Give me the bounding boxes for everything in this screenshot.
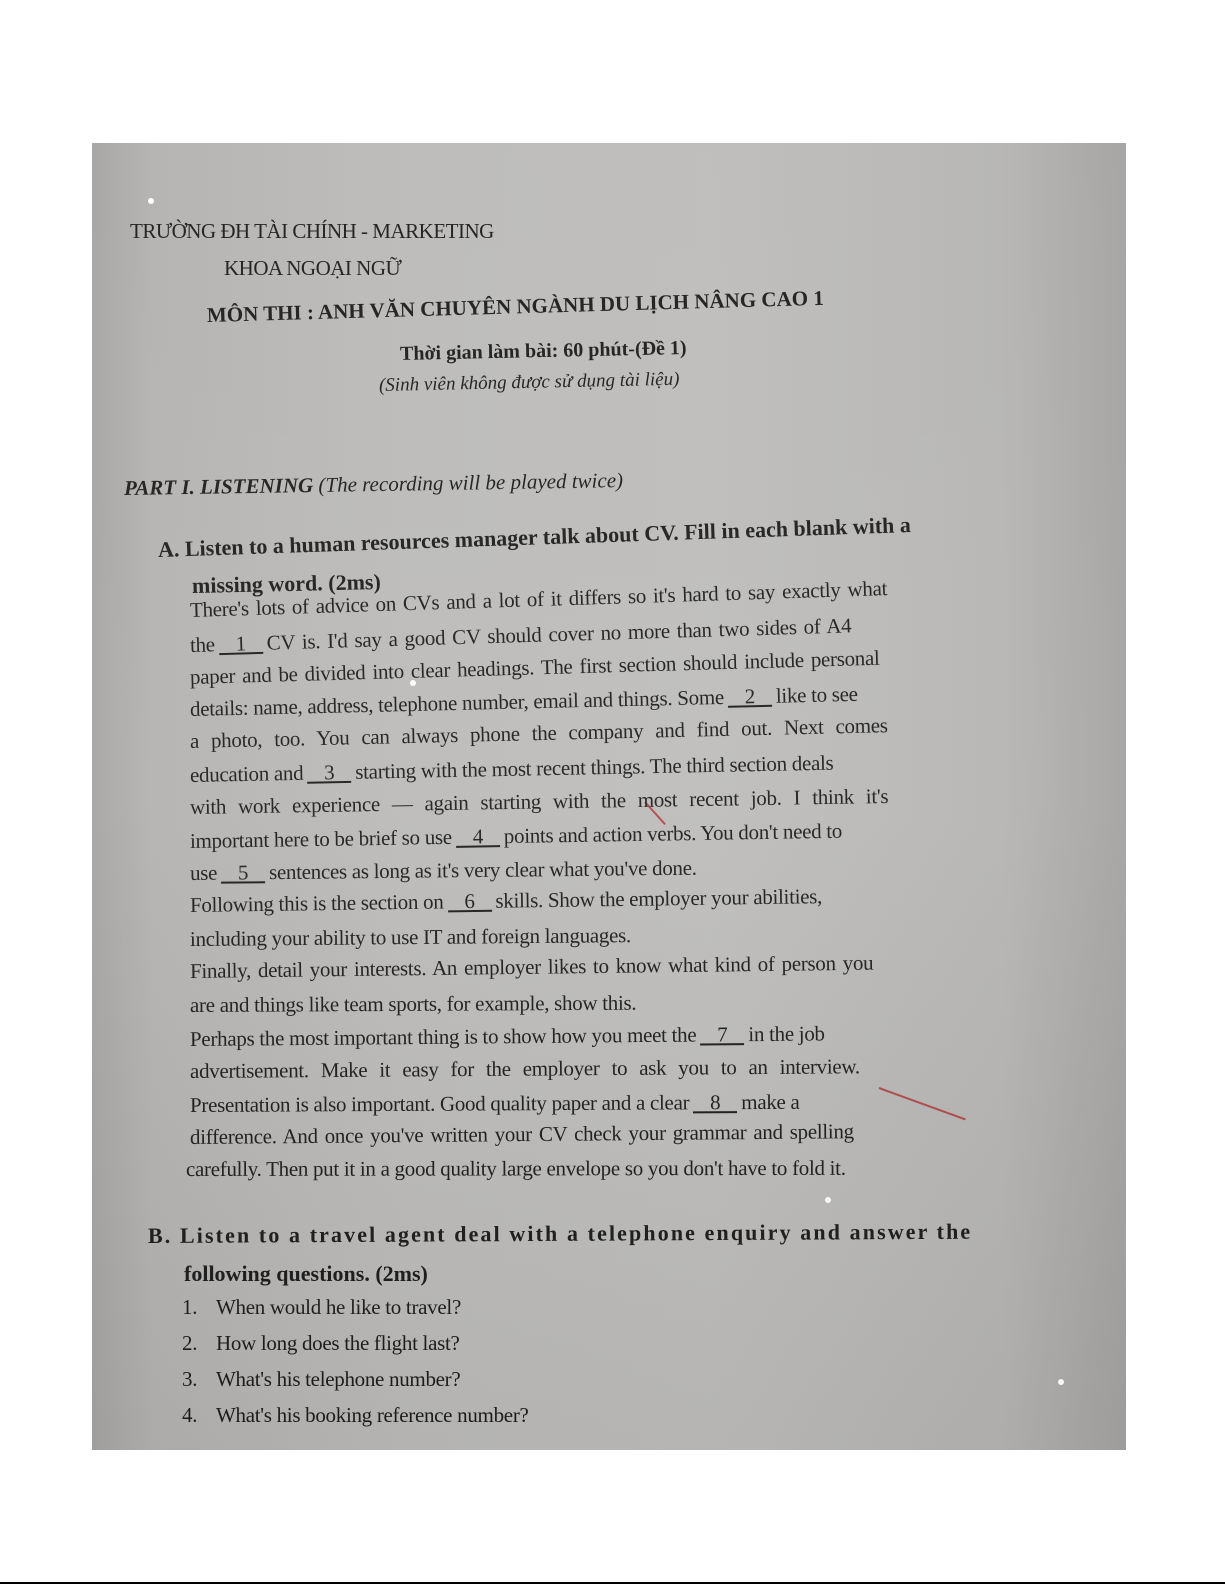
answer-blank-6[interactable]: 6 [447, 892, 491, 913]
passage-text: difference. And once you've written your… [190, 1119, 854, 1149]
section-b-instruction: B. Listen to a travel agent deal with a … [148, 1219, 972, 1249]
question-text: When would he like to travel? [216, 1295, 461, 1319]
section-a-text-1: Listen to a human resources manager talk… [184, 512, 911, 561]
exam-duration: Thời gian làm bài: 60 phút-(Đề 1) [400, 337, 687, 366]
passage-line: important here to be brief so use4points… [190, 819, 842, 854]
question-text: What's his telephone number? [216, 1367, 460, 1391]
passage-text: advertisement. Make it easy for the empl… [190, 1054, 860, 1083]
section-b-label: B. [148, 1223, 173, 1248]
passage-text: with work experience — again starting wi… [190, 784, 889, 819]
question-item: 4.What's his booking reference number? [182, 1403, 529, 1428]
passage-line: use5sentences as long as it's very clear… [190, 856, 697, 886]
question-item: 1.When would he like to travel? [182, 1295, 461, 1320]
passage-text: make a [741, 1090, 799, 1114]
passage-text: Following this is the section on [190, 889, 444, 917]
passage-line: Following this is the section on6skills.… [190, 884, 822, 918]
passage-line: Finally, detail your interests. An emplo… [190, 951, 874, 984]
passage-text: are and things like team sports, for exa… [190, 991, 636, 1017]
question-number: 2. [182, 1331, 216, 1356]
glare-dot [148, 198, 154, 204]
question-number: 3. [182, 1367, 216, 1392]
part-label: PART I. LISTENING [124, 473, 314, 500]
passage-text: points and action verbs. You don't need … [504, 819, 843, 848]
answer-blank-7[interactable]: 7 [700, 1025, 744, 1045]
question-text: How long does the flight last? [216, 1331, 460, 1355]
section-b-text-2: following questions. (2ms) [184, 1261, 428, 1287]
question-number: 1. [182, 1295, 216, 1320]
glare-dot [1058, 1379, 1064, 1385]
passage-text: sentences as long as it's very clear wha… [269, 856, 697, 884]
pen-mark-blank-8 [879, 1087, 966, 1120]
question-item: 3.What's his telephone number? [182, 1367, 460, 1392]
section-a-label: A. [158, 536, 180, 562]
answer-blank-5[interactable]: 5 [221, 863, 265, 883]
exam-paper-photo: TRƯỜNG ĐH TÀI CHÍNH - MARKETING KHOA NGO… [92, 143, 1126, 1450]
exam-note: (Sinh viên không được sử dụng tài liệu) [379, 369, 680, 397]
exam-subject: MÔN THI : ANH VĂN CHUYÊN NGÀNH DU LỊCH N… [207, 286, 824, 328]
question-text: What's his booking reference number? [216, 1403, 529, 1427]
page-bottom-rule [0, 1582, 1225, 1584]
passage-text: carefully. Then put it in a good quality… [186, 1156, 846, 1181]
passage-text: starting with the most recent things. Th… [355, 751, 834, 784]
passage-line: advertisement. Make it easy for the empl… [190, 1054, 860, 1084]
question-number: 4. [182, 1403, 216, 1428]
passage-text: use [190, 861, 217, 885]
passage-text: Finally, detail your interests. An emplo… [190, 951, 874, 983]
passage-text: in the job [748, 1021, 825, 1046]
part-subtitle: (The recording will be played twice) [318, 468, 623, 497]
answer-blank-4[interactable]: 4 [456, 827, 500, 848]
passage-line: Presentation is also important. Good qua… [190, 1090, 800, 1118]
answer-blank-8[interactable]: 8 [693, 1093, 737, 1113]
passage-line: carefully. Then put it in a good quality… [186, 1156, 846, 1182]
passage-line: Perhaps the most important thing is to s… [190, 1021, 825, 1052]
section-b-text-1: Listen to a travel agent deal with a tel… [180, 1219, 972, 1248]
answer-blank-3[interactable]: 3 [307, 763, 351, 784]
faculty-name: KHOA NGOẠI NGỮ [224, 256, 401, 281]
passage-text: the [190, 632, 215, 657]
passage-text: important here to be brief so use [190, 825, 452, 853]
answer-blank-2[interactable]: 2 [728, 687, 772, 708]
answer-blank-1[interactable]: 1 [218, 634, 263, 655]
passage-text: skills. Show the employer your abilities… [495, 884, 822, 913]
passage-line: with work experience — again starting wi… [190, 784, 889, 820]
passage-line: including your ability to use IT and for… [190, 923, 631, 952]
passage-text: Presentation is also important. Good qua… [190, 1090, 689, 1117]
passage-line: are and things like team sports, for exa… [190, 991, 636, 1018]
passage-text: education and [190, 761, 304, 787]
university-name: TRƯỜNG ĐH TÀI CHÍNH - MARKETING [130, 219, 494, 244]
section-a-instruction: A. Listen to a human resources manager t… [158, 512, 912, 563]
part-title: PART I. LISTENING (The recording will be… [124, 468, 623, 501]
passage-line: education and3starting with the most rec… [190, 751, 834, 788]
passage-text: like to see [776, 682, 858, 708]
passage-text: including your ability to use IT and for… [190, 923, 631, 951]
passage-text: details: name, address, telephone number… [190, 685, 724, 721]
passage-line: difference. And once you've written your… [190, 1119, 854, 1150]
passage-text: Perhaps the most important thing is to s… [190, 1023, 697, 1051]
glare-dot [825, 1197, 831, 1203]
question-item: 2.How long does the flight last? [182, 1331, 460, 1356]
